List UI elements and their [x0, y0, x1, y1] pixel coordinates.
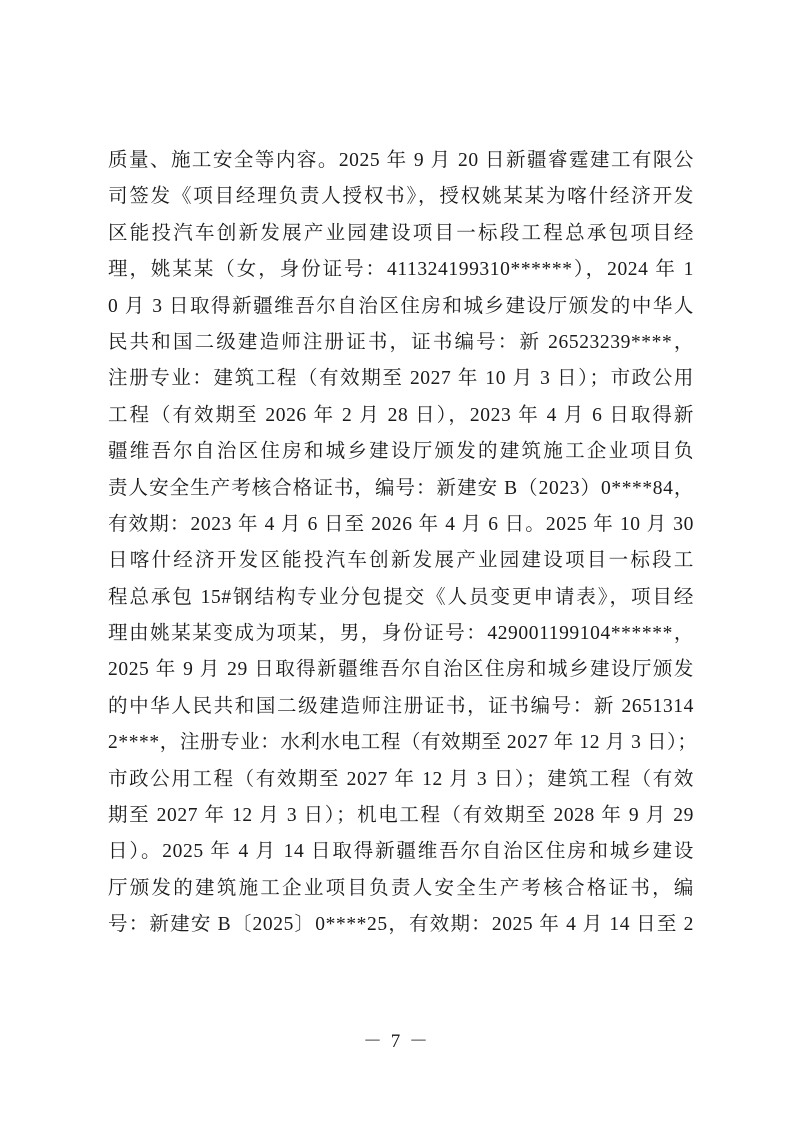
text-line: 质量、施工安全等内容。2025 年 9 月 20 日新疆睿霆建工有限公 — [108, 143, 694, 179]
text-line: 日喀什经济开发区能投汽车创新发展产业园建设项目一标段工 — [108, 543, 694, 579]
text-line: 区能投汽车创新发展产业园建设项目一标段工程总承包项目经 — [108, 216, 694, 252]
text-line: 程总承包 15#钢结构专业分包提交《人员变更申请表》，项目经 — [108, 580, 694, 616]
text-line: 民共和国二级建造师注册证书，证书编号：新 26523239****， — [108, 325, 694, 361]
text-line: 疆维吾尔自治区住房和城乡建设厅颁发的建筑施工企业项目负 — [108, 434, 694, 470]
text-line: 理由姚某某变成为项某，男，身份证号：429001199104******， — [108, 616, 694, 652]
text-line: 理，姚某某（女，身份证号：411324199310******），2024 年 … — [108, 252, 694, 288]
body-paragraph: 质量、施工安全等内容。2025 年 9 月 20 日新疆睿霆建工有限公 司签发《… — [108, 143, 694, 944]
text-line: 0 月 3 日取得新疆维吾尔自治区住房和城乡建设厅颁发的中华人 — [108, 289, 694, 325]
text-line: 日）。2025 年 4 月 14 日取得新疆维吾尔自治区住房和城乡建设 — [108, 834, 694, 870]
text-line: 市政公用工程（有效期至 2027 年 12 月 3 日）；建筑工程（有效 — [108, 762, 694, 798]
text-line: 注册专业：建筑工程（有效期至 2027 年 10 月 3 日）；市政公用 — [108, 361, 694, 397]
text-line: 司签发《项目经理负责人授权书》，授权姚某某为喀什经济开发 — [108, 179, 694, 215]
text-line: 号：新建安 B〔2025〕0****25，有效期：2025 年 4 月 14 日… — [108, 907, 694, 943]
text-line: 工程（有效期至 2026 年 2 月 28 日），2023 年 4 月 6 日取… — [108, 398, 694, 434]
document-page: 质量、施工安全等内容。2025 年 9 月 20 日新疆睿霆建工有限公 司签发《… — [0, 0, 793, 1122]
text-line: 的中华人民共和国二级建造师注册证书，证书编号：新 2651314 — [108, 689, 694, 725]
text-line: 厅颁发的建筑施工企业项目负责人安全生产考核合格证书，编 — [108, 871, 694, 907]
page-number: － 7 － — [0, 1026, 793, 1053]
text-line: 责人安全生产考核合格证书，编号：新建安 B（2023）0****84， — [108, 471, 694, 507]
text-line: 2****，注册专业：水利水电工程（有效期至 2027 年 12 月 3 日）； — [108, 725, 694, 761]
text-line: 期至 2027 年 12 月 3 日）；机电工程（有效期至 2028 年 9 月… — [108, 798, 694, 834]
text-line: 2025 年 9 月 29 日取得新疆维吾尔自治区住房和城乡建设厅颁发 — [108, 652, 694, 688]
text-line: 有效期：2023 年 4 月 6 日至 2026 年 4 月 6 日。2025 … — [108, 507, 694, 543]
